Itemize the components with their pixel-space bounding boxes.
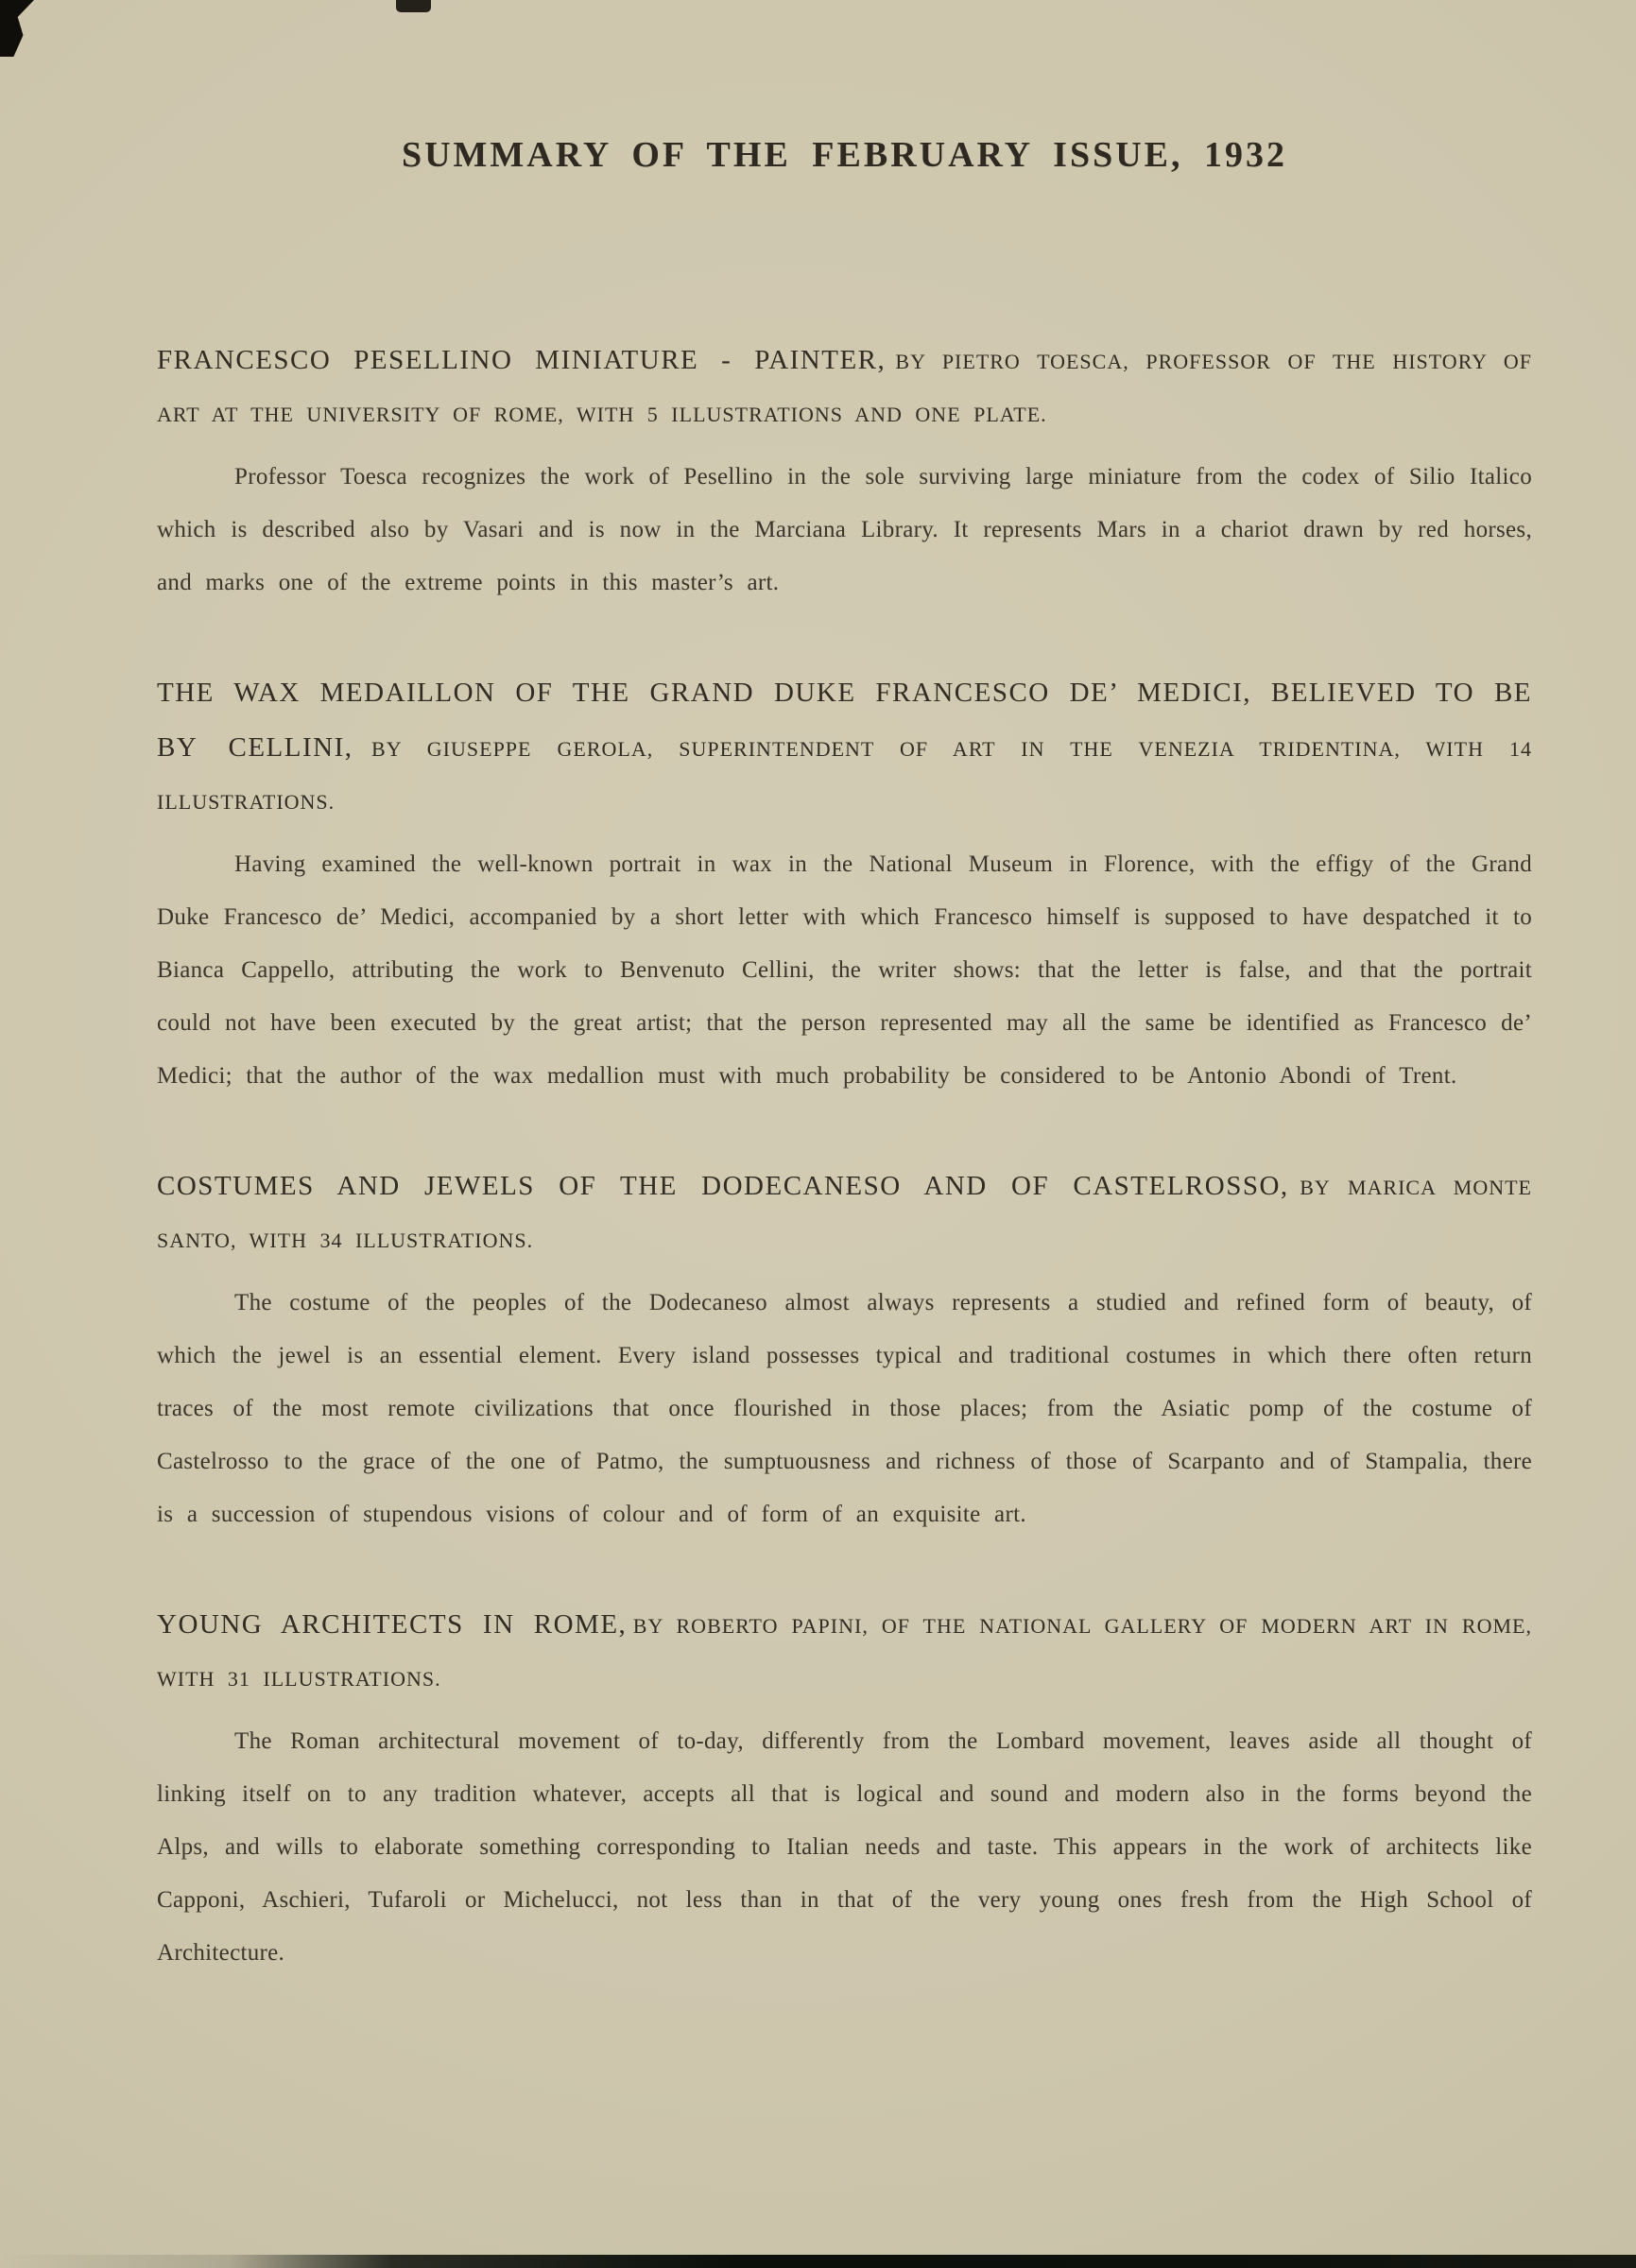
section-heading: THE WAX MEDAILLON OF THE GRAND DUKE FRAN… <box>157 666 1532 829</box>
section-title: COSTUMES AND JEWELS OF THE DODECANESO AN… <box>157 1171 1289 1201</box>
section-paragraph: The Roman architectural movement of to-d… <box>157 1715 1532 1980</box>
scan-corner-mark <box>0 0 34 57</box>
section-paragraph: Having examined the well-known portrait … <box>157 838 1532 1103</box>
section-young-architects: YOUNG ARCHITECTS IN ROME, BY ROBERTO PAP… <box>157 1598 1532 1980</box>
section-pesellino: FRANCESCO PESELLINO MINIATURE - PAINTER,… <box>157 334 1532 610</box>
section-title: YOUNG ARCHITECTS IN ROME, <box>157 1609 627 1640</box>
section-heading: COSTUMES AND JEWELS OF THE DODECANESO AN… <box>157 1160 1532 1267</box>
page-content: SUMMARY OF THE FEBRUARY ISSUE, 1932 FRAN… <box>157 0 1532 1980</box>
scan-top-notch <box>396 0 431 12</box>
section-costumes-jewels: COSTUMES AND JEWELS OF THE DODECANESO AN… <box>157 1160 1532 1541</box>
section-title: FRANCESCO PESELLINO MINIATURE - PAINTER, <box>157 345 886 375</box>
scanned-page: SUMMARY OF THE FEBRUARY ISSUE, 1932 FRAN… <box>0 0 1636 2268</box>
section-heading: YOUNG ARCHITECTS IN ROME, BY ROBERTO PAP… <box>157 1598 1532 1706</box>
section-wax-medallion: THE WAX MEDAILLON OF THE GRAND DUKE FRAN… <box>157 666 1532 1103</box>
scan-bottom-edge-shadow <box>0 2255 1636 2268</box>
section-byline: BY GIUSEPPE GEROLA, SUPERINTENDENT OF AR… <box>157 737 1532 814</box>
section-heading: FRANCESCO PESELLINO MINIATURE - PAINTER,… <box>157 334 1532 441</box>
section-paragraph: The costume of the peoples of the Dodeca… <box>157 1277 1532 1541</box>
section-paragraph: Professor Toesca recognizes the work of … <box>157 451 1532 610</box>
page-title: SUMMARY OF THE FEBRUARY ISSUE, 1932 <box>157 132 1532 178</box>
